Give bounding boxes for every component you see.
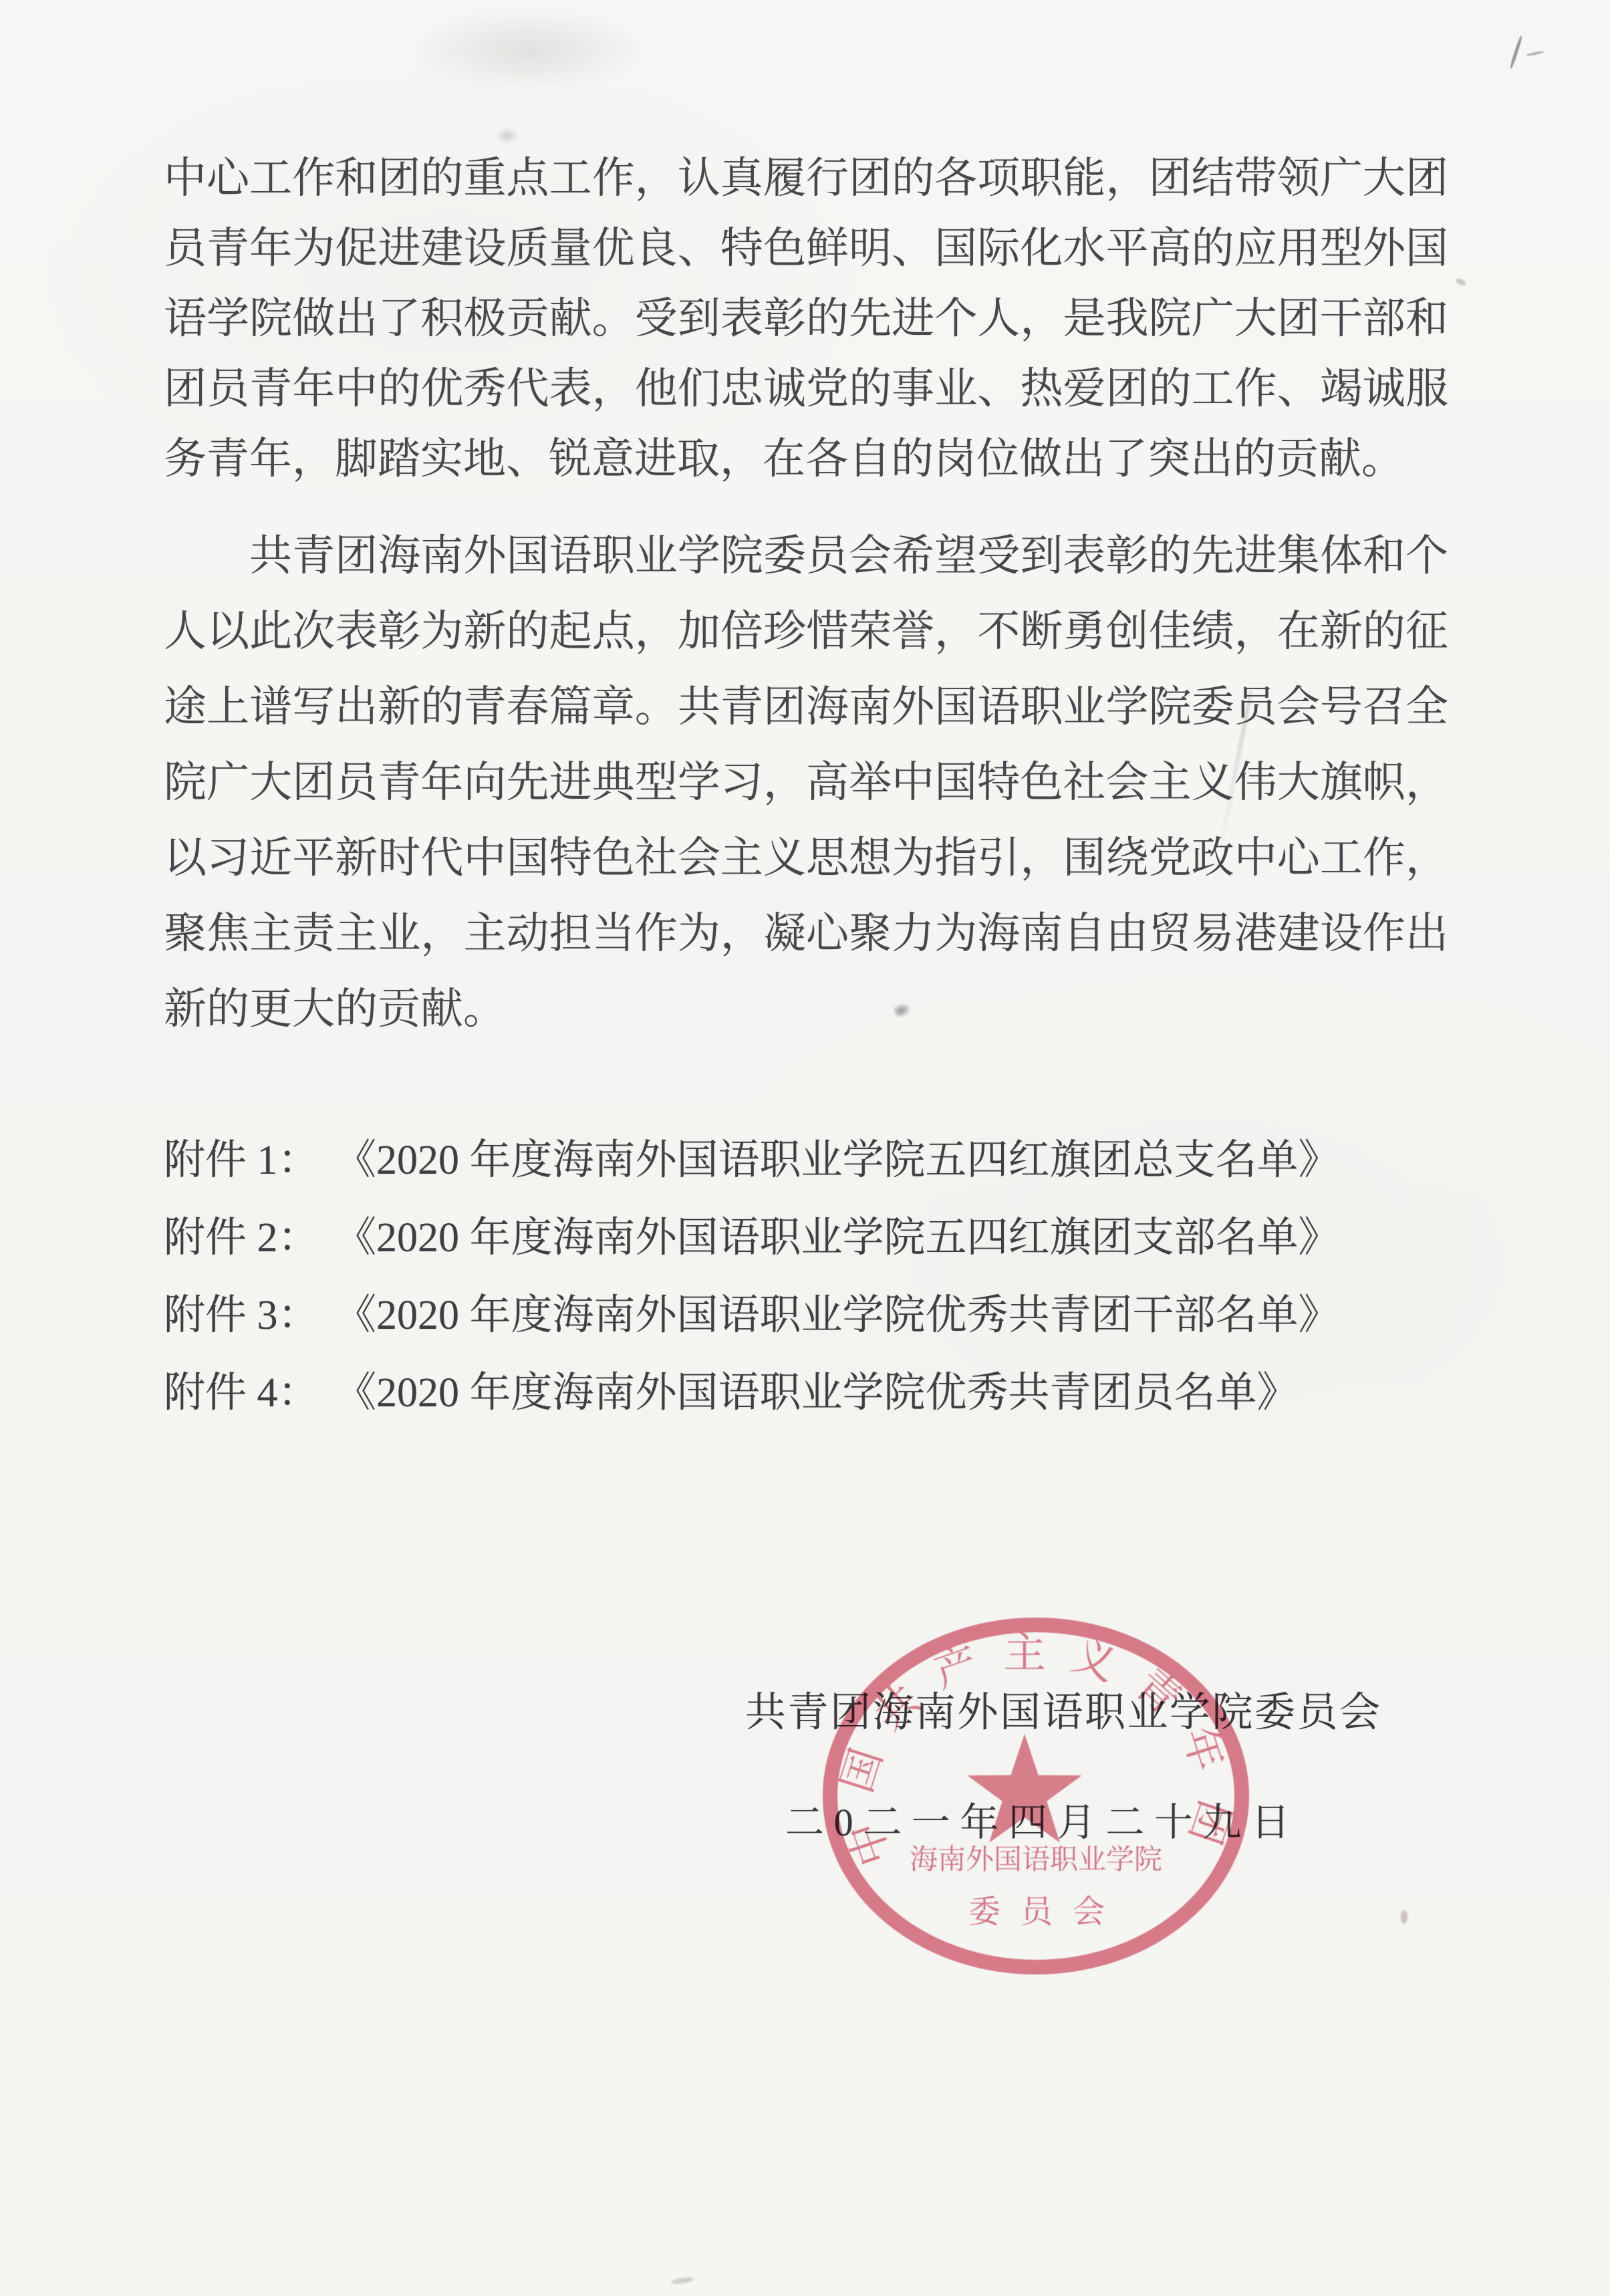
body-line: 以习近平新时代中国特色社会主义思想为指引，围绕党政中心工作，	[164, 832, 1448, 884]
scan-speck	[1401, 1910, 1407, 1924]
body-line: 院广大团员青年向先进典型学习，高举中国特色社会主义伟大旗帜，	[164, 757, 1448, 809]
scan-smudge	[496, 127, 519, 144]
body-line: 团员青年中的优秀代表，他们忠诚党的事业、热爱团的工作、竭诚服	[164, 363, 1448, 415]
body-line: 新的更大的贡献。	[164, 983, 1448, 1035]
body-line: 语学院做出了积极贡献。受到表彰的先进个人，是我院广大团干部和	[164, 293, 1448, 345]
body-line: 员青年为促进建设质量优良、特色鲜明、国际化水平高的应用型外国	[164, 223, 1448, 275]
attachment-title: 《2020 年度海南外国语职业学院五四红旗团支部名单》	[335, 1215, 1340, 1261]
body-line: 途上谱写出新的青春篇章。共青团海南外国语职业学院委员会号召全	[164, 681, 1448, 733]
attachment-line: 附件 2：《2020 年度海南外国语职业学院五四红旗团支部名单》	[164, 1213, 1448, 1263]
scanned-document-page: 中心工作和团的重点工作，认真履行团的各项职能，团结带领广大团 员青年为促进建设质…	[0, 0, 1610, 2296]
attachment-label: 附件 2：	[164, 1213, 335, 1263]
scan-speck	[671, 2277, 694, 2285]
official-seal: 中国共产主义青年团 海南外国语职业学院 委员会	[807, 1603, 1267, 1994]
attachment-title: 《2020 年度海南外国语职业学院五四红旗团总支名单》	[335, 1138, 1340, 1183]
body-line: 人以此次表彰为新的起点，加倍珍惜荣誉，不断勇创佳绩，在新的征	[164, 606, 1448, 658]
seal-inner-line2: 委员会	[968, 1894, 1125, 1930]
body-line: 中心工作和团的重点工作，认真履行团的各项职能，团结带领广大团	[164, 152, 1448, 205]
body-line: 务青年，脚踏实地、锐意进取，在各自的岗位做出了突出的贡献。	[164, 433, 1448, 485]
body-line: 聚焦主责主业，主动担当作为，凝心聚力为海南自由贸易港建设作出	[164, 908, 1448, 960]
attachment-line: 附件 1：《2020 年度海南外国语职业学院五四红旗团总支名单》	[164, 1135, 1448, 1186]
attachment-title: 《2020 年度海南外国语职业学院优秀共青团员名单》	[335, 1370, 1299, 1416]
scan-speck	[1455, 277, 1467, 287]
attachment-label: 附件 4：	[164, 1368, 335, 1418]
scan-smudge	[411, 8, 645, 92]
attachment-line: 附件 4：《2020 年度海南外国语职业学院优秀共青团员名单》	[164, 1368, 1448, 1418]
scan-mark	[1526, 50, 1544, 56]
attachment-label: 附件 3：	[164, 1290, 335, 1341]
attachment-title: 《2020 年度海南外国语职业学院优秀共青团干部名单》	[335, 1293, 1340, 1338]
seal-inner-line1: 海南外国语职业学院	[910, 1844, 1162, 1876]
star-icon	[967, 1734, 1081, 1843]
attachment-label: 附件 1：	[164, 1135, 335, 1186]
scan-mark	[1509, 35, 1523, 69]
body-line: 共青团海南外国语职业学院委员会希望受到表彰的先进集体和个	[164, 530, 1448, 582]
attachment-line: 附件 3：《2020 年度海南外国语职业学院优秀共青团干部名单》	[164, 1290, 1448, 1341]
